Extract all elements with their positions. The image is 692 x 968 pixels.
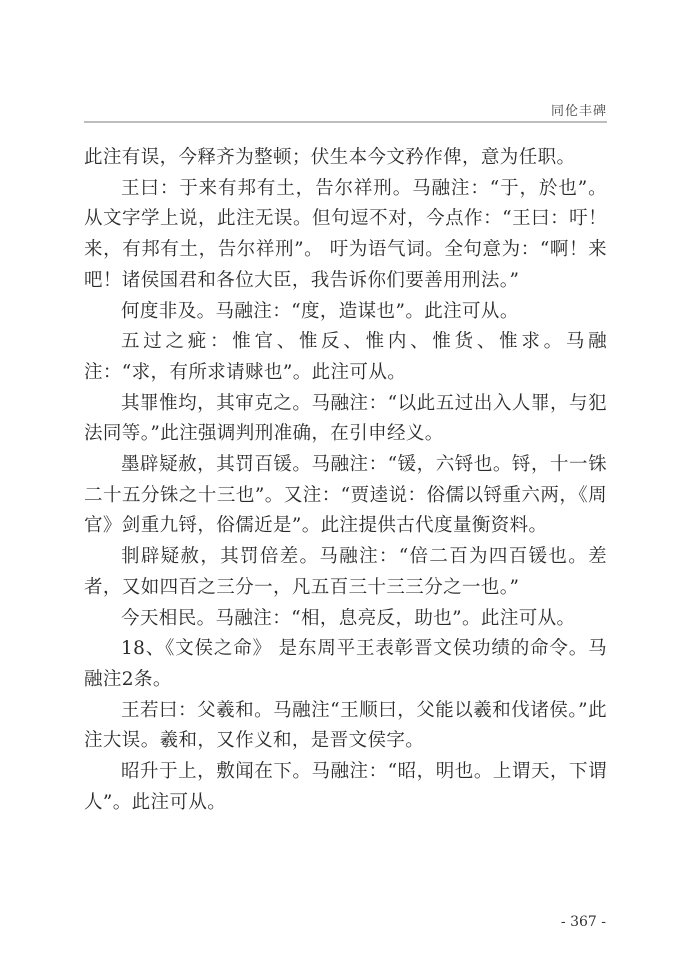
- paragraph: 此注有误，今释齐为整顿；伏生本今文矜作俾，意为任职。: [84, 143, 607, 174]
- running-head-title: 同伦丰碑: [84, 100, 607, 119]
- body-text: 此注有误，今释齐为整顿；伏生本今文矜作俾，意为任职。 王曰：于来有邦有土，告尔祥…: [84, 143, 607, 818]
- paragraph: 五过之疵：惟官、惟反、惟内、惟货、惟求。马融注：“求，有所求请赇也”。此注可从。: [84, 327, 607, 388]
- paragraph: 王若曰：父羲和。马融注“王顺曰，父能以羲和伐诸侯。”此注大误。羲和，又作义和，是…: [84, 696, 607, 757]
- paragraph: 墨辟疑赦，其罚百锾。马融注：“锾，六锊也。锊，十一铢二十五分铢之十三也”。又注：…: [84, 450, 607, 542]
- paragraph: 王曰：于来有邦有土，告尔祥刑。马融注：“于，於也”。从文字学上说，此注无误。但句…: [84, 174, 607, 297]
- paragraph: 何度非及。马融注：“度，造谋也”。此注可从。: [84, 297, 607, 328]
- paragraph: 今天相民。马融注：“相，息亮反，助也”。此注可从。: [84, 604, 607, 635]
- paragraph: 昭升于上，敷闻在下。马融注：“昭，明也。上谓天，下谓人”。此注可从。: [84, 757, 607, 818]
- paragraph: 18、《文侯之命》 是东周平王表彰晋文侯功绩的命令。马融注2条。: [84, 634, 607, 695]
- paragraph: 其罪惟均，其审克之。马融注：“以此五过出入人罪，与犯法同等。”此注强调判刑准确，…: [84, 389, 607, 450]
- paragraph: 剕辟疑赦，其罚倍差。马融注：“倍二百为四百锾也。差者，又如四百之三分一，凡五百三…: [84, 542, 607, 603]
- page-number: - 367 -: [561, 914, 606, 930]
- header-rule: [84, 121, 607, 123]
